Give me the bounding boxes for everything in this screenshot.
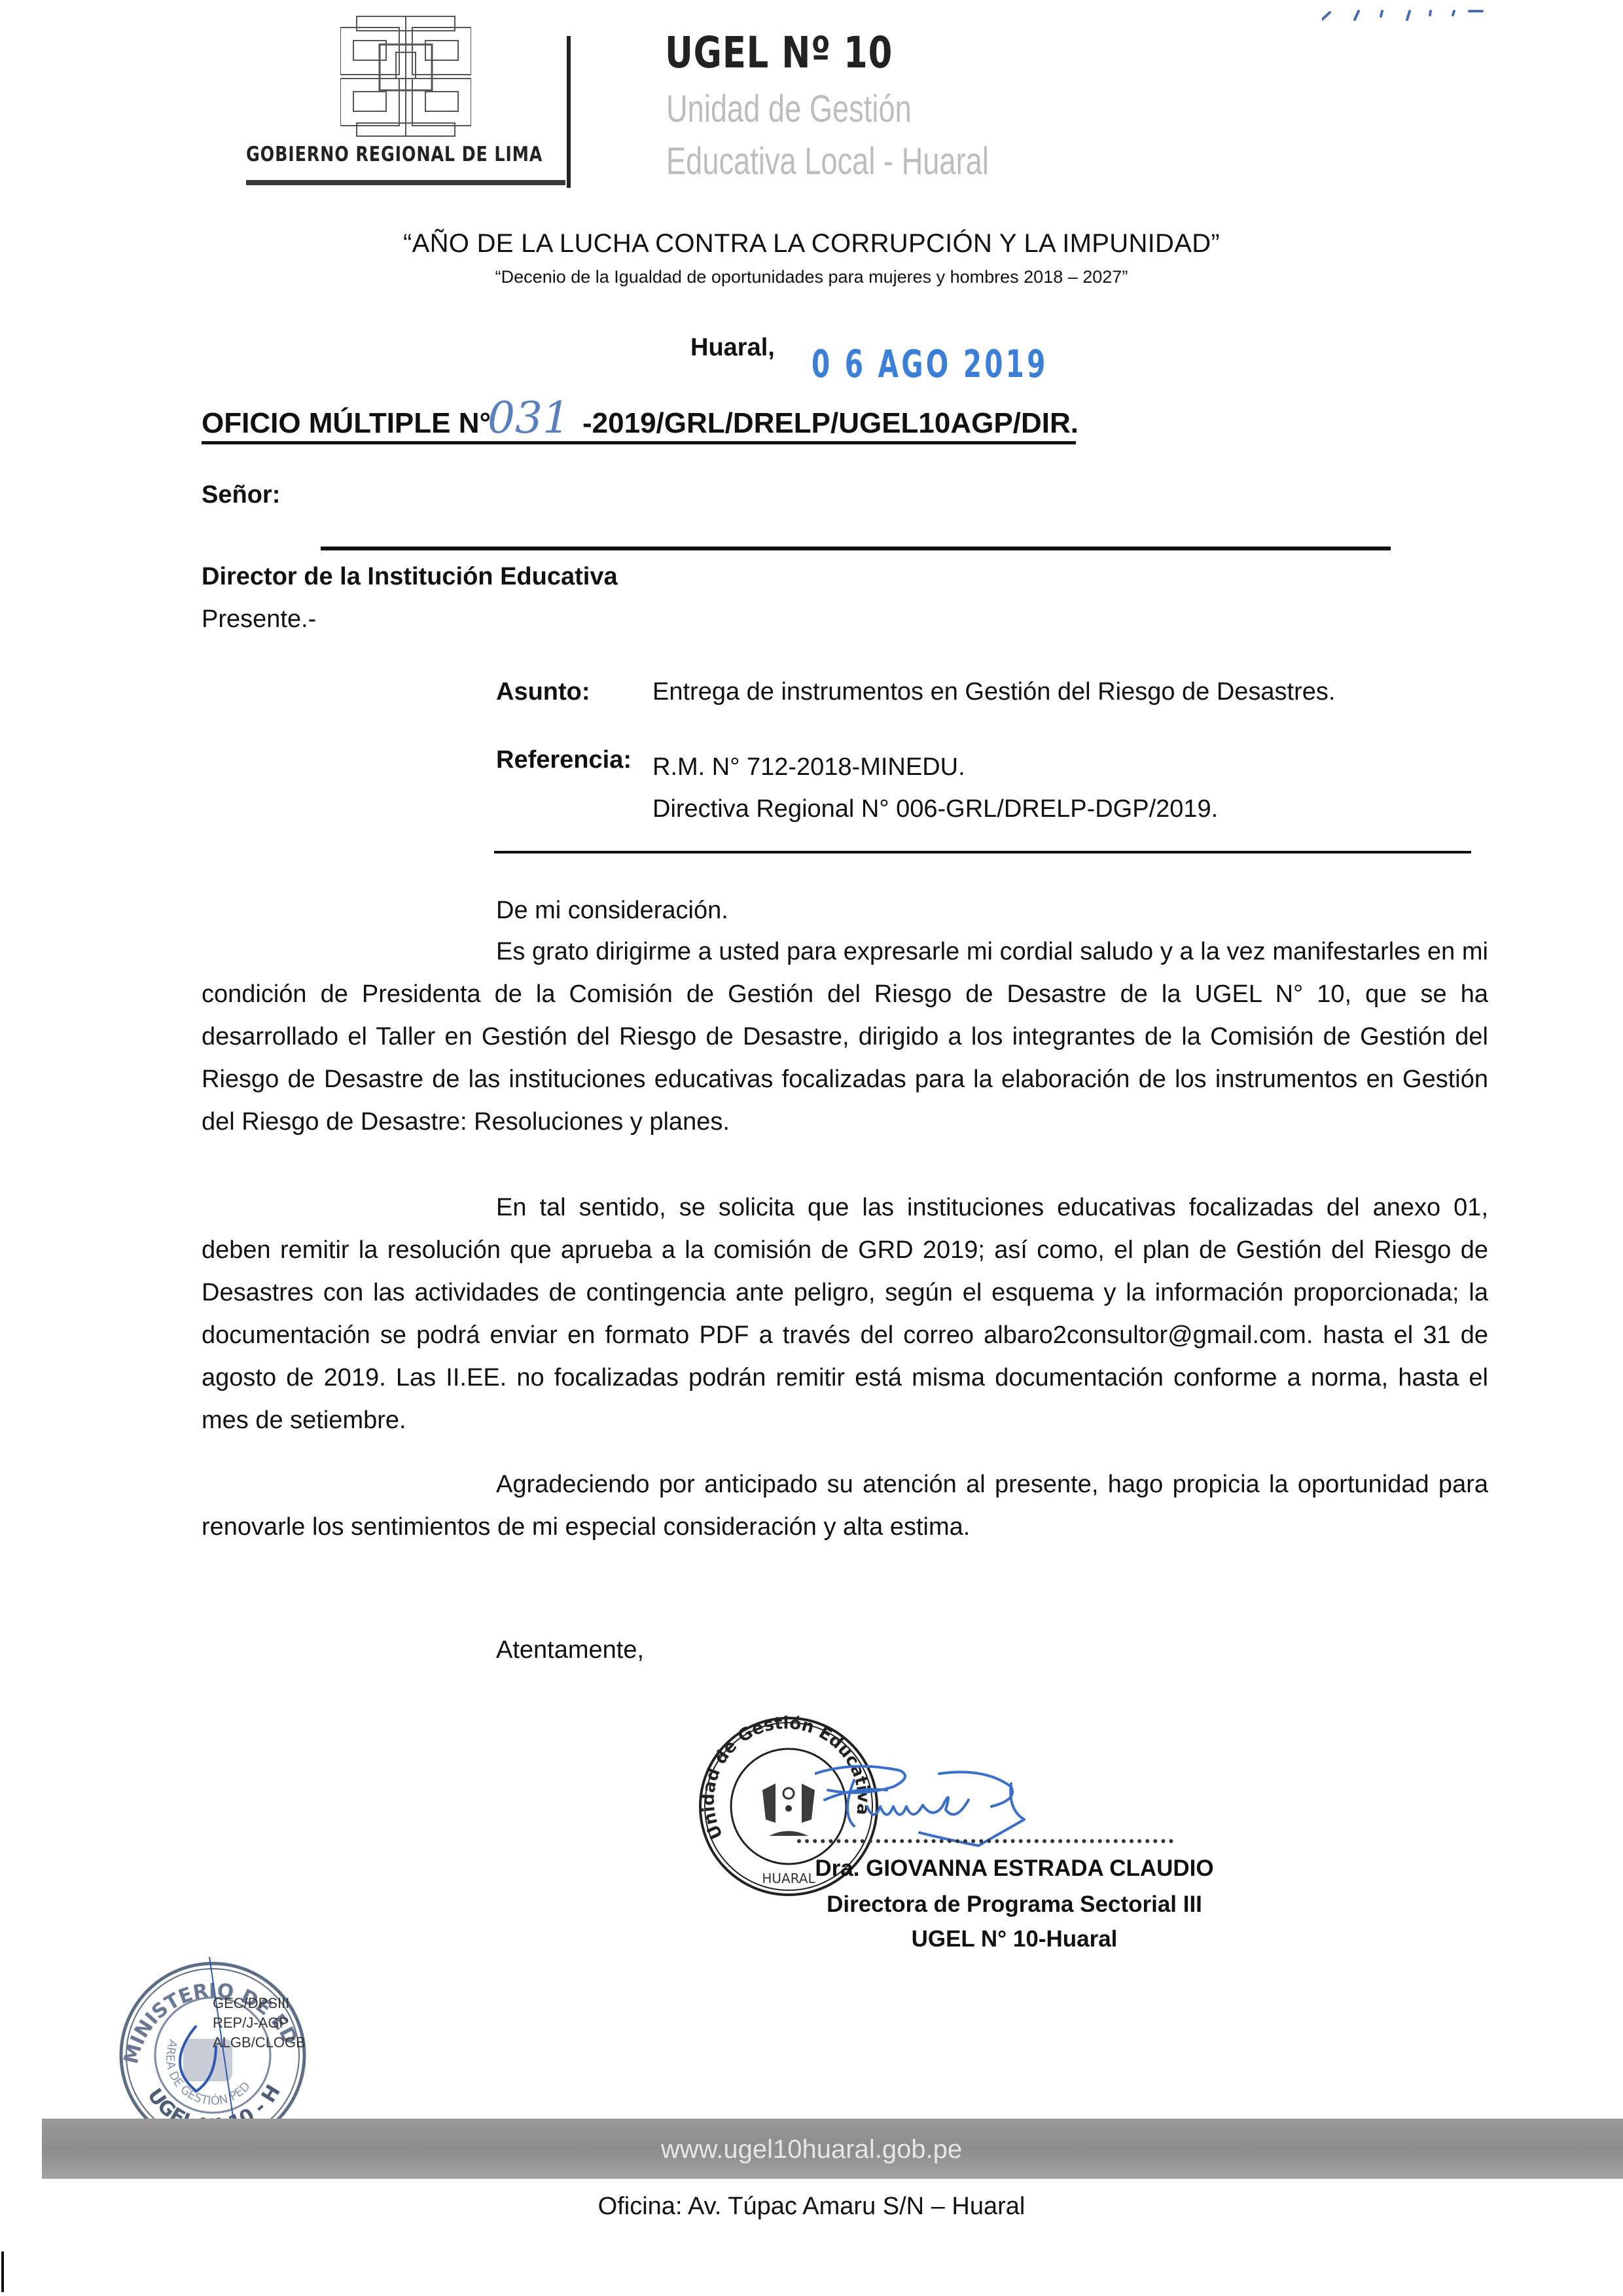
ugel-subtitle-line1: Unidad de Gestión bbox=[666, 87, 912, 131]
presente: Presente.- bbox=[202, 605, 316, 634]
signature-dotted-line bbox=[797, 1839, 1173, 1843]
salutation: Señor: bbox=[202, 481, 280, 509]
oficio-suffix: -2019/GRL/DRELP/UGEL10AGP/DIR. bbox=[582, 407, 1079, 440]
referencia-values: R.M. N° 712-2018-MINEDU. Directiva Regio… bbox=[652, 746, 1218, 830]
gobierno-regional-label: GOBIERNO REGIONAL DE LIMA bbox=[246, 143, 543, 166]
letterhead-underline bbox=[246, 180, 565, 185]
year-motto: “AÑO DE LA LUCHA CONTRA LA CORRUPCIÓN Y … bbox=[0, 229, 1623, 259]
body-paragraph-2: En tal sentido, se solicita que las inst… bbox=[202, 1187, 1488, 1442]
referencia-label: Referencia: bbox=[496, 746, 632, 774]
paragraph-text: Es grato dirigirme a usted para expresar… bbox=[202, 931, 1488, 1143]
body-paragraph-3: Agradeciendo por anticipado su atención … bbox=[202, 1463, 1488, 1549]
oficio-underline bbox=[202, 441, 1076, 444]
asunto-label: Asunto: bbox=[496, 678, 590, 706]
decade-motto: “Decenio de la Igualdad de oportunidades… bbox=[0, 267, 1623, 287]
paragraph-text: Agradeciendo por anticipado su atención … bbox=[202, 1463, 1488, 1549]
ugel-subtitle-line2: Educativa Local - Huaral bbox=[666, 139, 989, 183]
recipient: Director de la Institución Educativa bbox=[202, 563, 618, 591]
oficio-prefix: OFICIO MÚLTIPLE N° bbox=[202, 407, 491, 440]
ugel-title: UGEL Nº 10 bbox=[665, 27, 893, 78]
referencia-item: Directiva Regional N° 006-GRL/DRELP-DGP/… bbox=[652, 788, 1218, 830]
signatory-title: Directora de Programa Sectorial III bbox=[753, 1892, 1276, 1918]
addressee-blank-line bbox=[321, 547, 1391, 550]
oficio-handwritten-number: 031 bbox=[488, 393, 570, 443]
gobierno-regional-logo bbox=[340, 13, 471, 137]
received-code: ALGB/CLOGB bbox=[213, 2034, 306, 2051]
body-paragraph-1: Es grato dirigirme a usted para expresar… bbox=[202, 931, 1488, 1143]
asunto-value: Entrega de instrumentos en Gestión del R… bbox=[652, 678, 1335, 706]
footer-website: www.ugel10huaral.gob.pe bbox=[0, 2135, 1623, 2164]
subject-divider bbox=[494, 851, 1471, 853]
closing: Atentamente, bbox=[496, 1636, 644, 1664]
date-stamp: 0 6 AGO 2019 bbox=[811, 342, 1048, 386]
greeting: De mi consideración. bbox=[496, 897, 728, 925]
letterhead-divider bbox=[567, 36, 571, 188]
footer-office-address: Oficina: Av. Túpac Amaru S/N – Huaral bbox=[0, 2193, 1623, 2221]
handwritten-signature bbox=[815, 1761, 1116, 1852]
received-code: REP/J-AGP bbox=[213, 2015, 289, 2032]
signatory-name: Dra. GIOVANNA ESTRADA CLAUDIO bbox=[753, 1856, 1276, 1882]
date-place: Huaral, bbox=[690, 334, 775, 362]
handwritten-corner-marks bbox=[1322, 3, 1571, 23]
signatory-organization: UGEL N° 10-Huaral bbox=[753, 1926, 1276, 1952]
received-code: GEC/DPSIII bbox=[213, 1995, 289, 2012]
paragraph-text: En tal sentido, se solicita que las inst… bbox=[202, 1187, 1488, 1442]
scan-edge-mark bbox=[1, 2251, 4, 2292]
referencia-item: R.M. N° 712-2018-MINEDU. bbox=[652, 746, 1218, 788]
